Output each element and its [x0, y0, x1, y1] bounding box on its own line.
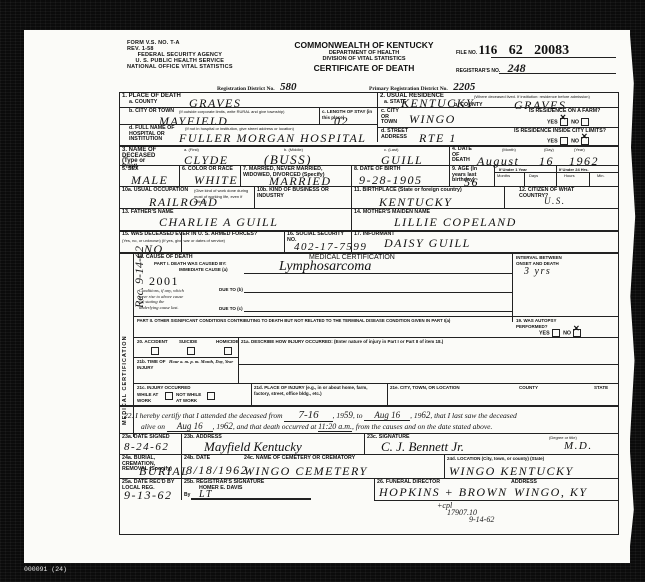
hospital-value: FULLER MORGAN HOSPITAL	[179, 131, 366, 146]
interval-value: 3 yrs	[524, 266, 551, 277]
farm-no-checkbox[interactable]	[581, 118, 589, 126]
while-at-work-checkbox[interactable]	[165, 392, 173, 400]
date-signed-value: 8-24-62	[124, 441, 169, 453]
mother-name-value: LILLIE COPELAND	[394, 215, 517, 230]
limits-yes-checkbox[interactable]	[560, 137, 568, 145]
limits-no-checkbox[interactable]	[581, 137, 589, 145]
accident-checkbox[interactable]	[151, 347, 159, 355]
autopsy-yes-checkbox[interactable]	[552, 329, 560, 337]
citizenship-value: U.S.	[544, 196, 566, 206]
attendance-statement-line-1: 22. I hereby certify that I attended the…	[124, 409, 517, 421]
cemetery-value: WINGO CEMETERY	[244, 464, 368, 479]
physician-address-value: Mayfield Kentucky	[204, 439, 302, 455]
date-received-value: 9-13-62	[124, 488, 173, 503]
autopsy-checkboxes: YES NO	[539, 329, 583, 337]
division: DIVISION OF VITAL STATISTICS	[279, 56, 449, 62]
length-of-stay-value: 02	[334, 114, 349, 129]
dod-day-value: 16	[539, 154, 554, 169]
physician-signature[interactable]: C. J. Bennett Jr.	[381, 439, 464, 455]
agency-line-3: NATIONAL OFFICE VITAL STATISTICS	[127, 64, 233, 70]
death-certificate-form: FORM V.S. NO. T-A REV. 1-58 FEDERAL SECU…	[119, 30, 619, 535]
form-header-center: COMMONWEALTH OF KENTUCKY DEPARTMENT OF H…	[279, 40, 449, 73]
autopsy-no-checkbox[interactable]	[573, 329, 581, 337]
cause-code: 2001	[149, 274, 179, 289]
city-limits-checkboxes: YES NO	[547, 137, 591, 145]
not-at-work-checkbox[interactable]	[207, 392, 215, 400]
burial-date-value: 8/18/1962	[186, 463, 248, 478]
physician-degree-value: M.D.	[564, 440, 593, 452]
annotation-3: 9-14-62	[469, 515, 494, 524]
attendance-statement-line-2: alive on Aug 16, 1962, and that death oc…	[141, 421, 492, 431]
age-value: 56	[464, 175, 479, 190]
file-no-b: 62	[509, 43, 523, 58]
farm-yes-checkbox[interactable]	[560, 118, 568, 126]
residence-city-value: WINGO	[409, 112, 456, 127]
certificate-paper: Rec. 9-14-62 FORM V.S. NO. T-A REV. 1-58…	[24, 30, 630, 563]
farm-checkboxes: YES NO	[547, 118, 591, 126]
funeral-director-address-value: WINGO, KY	[514, 485, 588, 500]
funeral-director-value: HOPKINS + BROWN	[379, 485, 508, 500]
file-no-a: 116	[479, 42, 498, 57]
informant-value: DAISY GUILL	[384, 236, 471, 251]
microfilm-frame-id: 000091 (24)	[24, 566, 67, 573]
burial-location-value: WINGO KENTUCKY	[449, 464, 574, 479]
document-title: CERTIFICATE OF DEATH	[279, 63, 449, 73]
father-name-value: CHARLIE A GUILL	[159, 215, 278, 230]
homicide-checkbox[interactable]	[224, 347, 232, 355]
form-header-left: FORM V.S. NO. T-A REV. 1-58 FEDERAL SECU…	[127, 40, 233, 70]
file-no-c: 20083	[534, 43, 569, 58]
street-address-value: RTE 1	[419, 131, 457, 146]
state-title: COMMONWEALTH OF KENTUCKY	[279, 40, 449, 50]
suicide-checkbox[interactable]	[187, 347, 195, 355]
